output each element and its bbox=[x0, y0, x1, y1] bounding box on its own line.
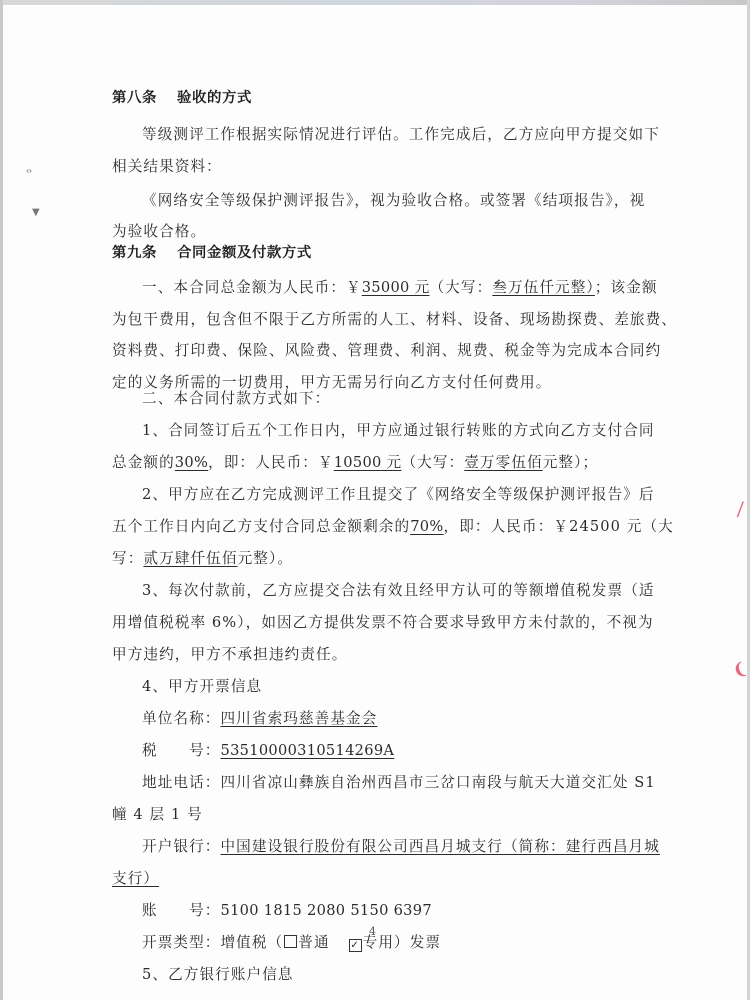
text: 元整）； bbox=[543, 454, 598, 471]
field-label: 地址电话： bbox=[142, 774, 220, 791]
bank-continued: 支行） bbox=[112, 869, 159, 889]
text: 写： bbox=[112, 550, 143, 567]
scan-artifact-triangle: ▼ bbox=[32, 208, 40, 217]
field-label: 账 号： bbox=[142, 902, 220, 919]
payment-1-amount-line: 总金额的30%，即：人民币：￥10500 元（大写：壹万零伍佰元整）； bbox=[112, 453, 598, 473]
article-title: 合同金额及付款方式 bbox=[177, 245, 312, 261]
article-title: 验收的方式 bbox=[177, 90, 252, 106]
text: 一、本合同总金额为人民币：￥ bbox=[142, 279, 362, 296]
document-page: ິ ▼ ⟋ ❨ 第八条验收的方式 等级测评工作根据实际情况进行评估。工作完成后，… bbox=[0, 0, 750, 1000]
account-value: 5100 1815 2080 5150 6397 bbox=[220, 902, 431, 919]
page-number: 4 bbox=[369, 925, 376, 938]
text: （大写： bbox=[401, 454, 464, 471]
payment-1-amount-words: 壹万零伍佰 bbox=[464, 454, 542, 471]
unit-name-value: 四川省索玛慈善基金会 bbox=[220, 710, 377, 727]
checkbox-special-checked: ✓ bbox=[349, 939, 362, 952]
total-amount-line: 一、本合同总金额为人民币：￥35000 元（大写：叁万伍仟元整）；该金额 bbox=[142, 278, 658, 298]
invoice-type-row: 开票类型：增值税（普通✓专用）发票 bbox=[142, 933, 441, 953]
bank-value-continued: 支行） bbox=[112, 870, 159, 887]
paragraph-line: 《网络安全等级保护测评报告》，视为验收合格。或签署《结项报告》，视 bbox=[142, 191, 645, 211]
payment-2-amount-words: 贰万肆仟伍佰 bbox=[143, 550, 237, 567]
payment-1-line: 1、合同签订后五个工作日内，甲方应通过银行转账的方式向乙方支付合同 bbox=[142, 421, 655, 441]
option-normal-label: 普通 bbox=[298, 934, 329, 951]
article-9-heading: 第九条合同金额及付款方式 bbox=[112, 243, 312, 263]
field-label: 开户银行： bbox=[142, 838, 220, 855]
payment-2-percent: 70% bbox=[410, 518, 443, 535]
text: 总金额的 bbox=[112, 454, 175, 471]
text: 元整）。 bbox=[238, 550, 293, 567]
tax-number-row: 税 号：53510000310514269A bbox=[142, 741, 394, 761]
total-amount: 35000 元 bbox=[362, 279, 430, 296]
address-row: 地址电话：四川省凉山彝族自治州西昌市三岔口南段与航天大道交汇处 S1 bbox=[142, 773, 656, 793]
invoice-info-title: 4、甲方开票信息 bbox=[142, 677, 262, 697]
paragraph-line: 等级测评工作根据实际情况进行评估。工作完成后，乙方应向甲方提交如下 bbox=[142, 125, 660, 145]
party-b-bank-title: 5、乙方银行账户信息 bbox=[142, 965, 294, 985]
text: ，即：人民币：￥ bbox=[208, 454, 334, 471]
account-row: 账 号：5100 1815 2080 5150 6397 bbox=[142, 901, 432, 921]
paragraph-line: 为验收合格。 bbox=[112, 222, 206, 242]
payment-1-percent: 30% bbox=[175, 454, 208, 471]
field-label: 单位名称： bbox=[142, 710, 220, 727]
checkbox-normal-unchecked bbox=[284, 935, 297, 948]
text: ，即：人民币：￥24500 元（大 bbox=[444, 518, 674, 535]
unit-name-row: 单位名称：四川省索玛慈善基金会 bbox=[142, 709, 377, 729]
paragraph-line: 为包干费用，包含但不限于乙方所需的人工、材料、设备、现场勘探费、差旅费、 bbox=[112, 310, 677, 330]
address-value: 四川省凉山彝族自治州西昌市三岔口南段与航天大道交汇处 S1 bbox=[220, 774, 655, 791]
field-label: 税 号： bbox=[142, 742, 220, 759]
text: ；该金额 bbox=[595, 279, 658, 296]
paragraph-line: 相关结果资料： bbox=[112, 157, 222, 177]
tax-number-value: 53510000310514269A bbox=[220, 742, 394, 759]
payment-1-amount: 10500 元 bbox=[334, 454, 402, 471]
article-number: 第八条 bbox=[112, 90, 157, 106]
red-seal-fragment: ❨ bbox=[730, 658, 749, 680]
payment-3-line: 3、每次付款前，乙方应提交合法有效且经甲方认可的等额增值税发票（适 bbox=[142, 581, 655, 601]
total-amount-words: 叁万伍仟元整） bbox=[492, 279, 595, 296]
payment-intro: 二、本合同付款方式如下： bbox=[142, 389, 330, 409]
bank-value: 中国建设银行股份有限公司西昌月城支行（简称：建行西昌月城 bbox=[220, 838, 659, 855]
article-8-heading: 第八条验收的方式 bbox=[112, 88, 252, 108]
payment-2-line: 2、甲方应在乙方完成测评工作且提交了《网络安全等级保护测评报告》后 bbox=[142, 485, 655, 505]
paragraph-line: 甲方违约，甲方不承担违约责任。 bbox=[112, 645, 347, 665]
address-continued: 幢 4 层 1 号 bbox=[112, 805, 203, 825]
article-number: 第九条 bbox=[112, 245, 157, 261]
text: 五个工作日内向乙方支付合同总金额剩余的 bbox=[112, 518, 410, 535]
field-label: 开票类型：增值税（ bbox=[142, 934, 283, 951]
text: （大写： bbox=[429, 279, 492, 296]
text: ）发票 bbox=[394, 934, 441, 951]
paragraph-line: 资料费、打印费、保险、风险费、管理费、利润、规费、税金等为完成本合同约 bbox=[112, 341, 661, 361]
option-special-label: 专用 bbox=[363, 934, 394, 951]
scan-top-edge bbox=[0, 0, 750, 5]
payment-2-words-line: 写：贰万肆仟伍佰元整）。 bbox=[112, 549, 293, 569]
scan-left-edge bbox=[0, 0, 3, 1000]
bank-row: 开户银行：中国建设银行股份有限公司西昌月城支行（简称：建行西昌月城 bbox=[142, 837, 660, 857]
payment-2-amount-line: 五个工作日内向乙方支付合同总金额剩余的70%，即：人民币：￥24500 元（大 bbox=[112, 517, 674, 537]
paragraph-line: 用增值税税率 6%），如因乙方提供发票不符合要求导致甲方未付款的，不视为 bbox=[112, 613, 654, 633]
